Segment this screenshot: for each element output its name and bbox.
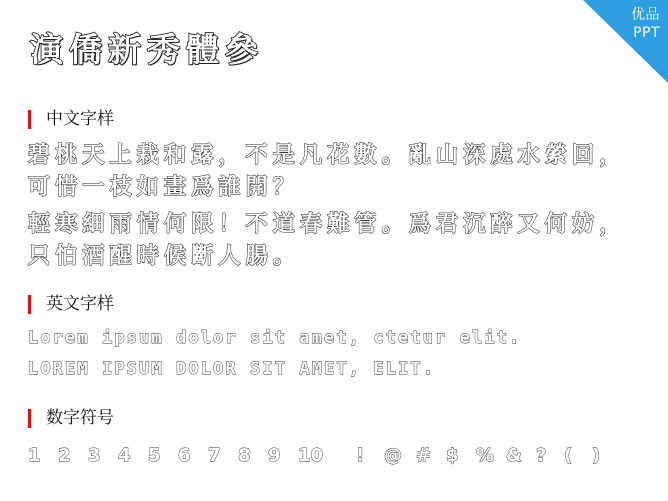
- english-sample-uppercase: LOREM IPSUM DOLOR SIT AMET, ELIT.: [28, 357, 435, 381]
- glyph-2: 2: [58, 444, 88, 468]
- chinese-sample-line-4: 只怕酒醒時候斷人腸。: [28, 243, 300, 271]
- glyph-at: @: [384, 444, 416, 468]
- chinese-sample-line-3: 輕寒細雨情何限！不道春難管。爲君沉醉又何妨，: [28, 211, 626, 239]
- glyph-dollar: $: [446, 444, 476, 468]
- numbers-symbols-sample: 1 2 3 4 5 6 7 8 9 10 ! @ # $ % & ? ( ): [28, 444, 612, 468]
- section-label-english: 英文字样: [46, 294, 114, 314]
- brand-ribbon-text: 优品 PPT: [631, 6, 660, 42]
- section-accent-bar: [28, 409, 31, 428]
- glyph-paren-open: (: [564, 444, 592, 468]
- section-accent-bar: [28, 295, 31, 314]
- glyph-hash: #: [416, 444, 446, 468]
- font-name-title: 演僑新秀體參: [30, 30, 264, 70]
- glyph-1: 1: [28, 444, 58, 468]
- glyph-10: 10: [298, 444, 356, 468]
- glyph-5: 5: [148, 444, 178, 468]
- section-heading-numbers: 数字符号: [28, 408, 114, 428]
- brand-ribbon-line2: PPT: [631, 24, 660, 42]
- section-label-numbers: 数字符号: [46, 408, 114, 428]
- glyph-paren-close: ): [592, 444, 612, 468]
- glyph-8: 8: [238, 444, 268, 468]
- english-sample-lowercase: Lorem ipsum dolor sit amet, ctetur elit.: [28, 326, 521, 350]
- glyph-6: 6: [178, 444, 208, 468]
- section-heading-chinese: 中文字样: [28, 109, 114, 129]
- glyph-percent: %: [476, 444, 506, 468]
- glyph-question: ?: [536, 444, 564, 468]
- section-accent-bar: [28, 110, 31, 129]
- chinese-sample-line-1: 碧桃天上栽和露，不是凡花數。亂山深處水縈回，: [28, 142, 626, 170]
- glyph-3: 3: [88, 444, 118, 468]
- glyph-4: 4: [118, 444, 148, 468]
- glyph-exclamation: !: [356, 444, 384, 468]
- section-heading-english: 英文字样: [28, 294, 114, 314]
- section-label-chinese: 中文字样: [46, 109, 114, 129]
- chinese-sample-line-2: 可惜一枝如畫爲誰開？: [28, 174, 300, 202]
- glyph-ampersand: &: [506, 444, 536, 468]
- glyph-9: 9: [268, 444, 298, 468]
- brand-ribbon-line1: 优品: [631, 6, 660, 24]
- glyph-7: 7: [208, 444, 238, 468]
